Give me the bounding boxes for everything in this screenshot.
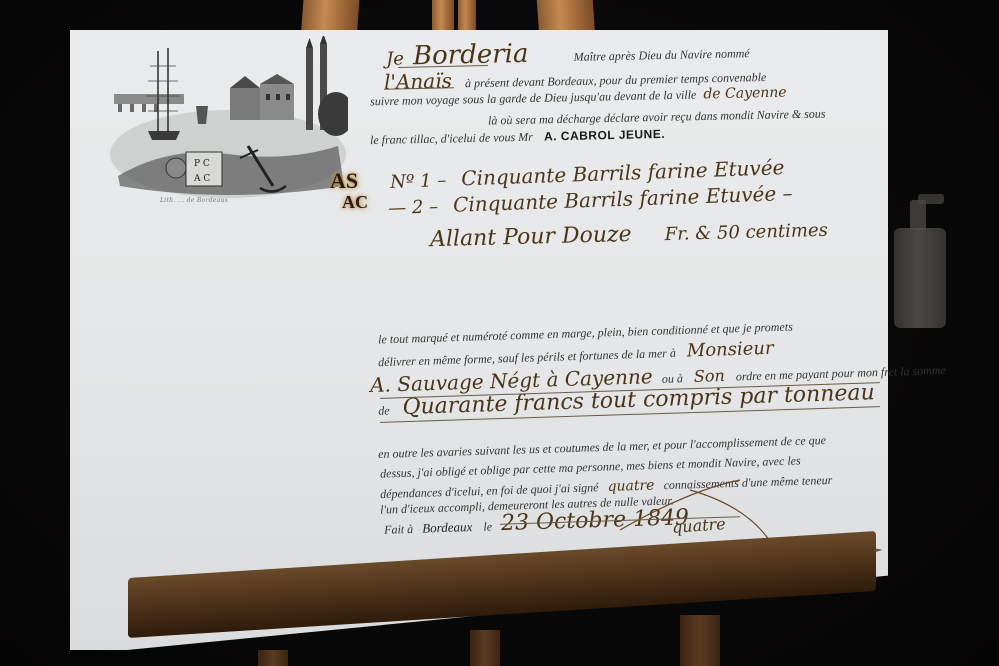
valuation-text: Allant Pour Douze: [430, 222, 632, 252]
cargo-item-1-number: Nº 1 –: [390, 170, 447, 193]
freight-prefix: de: [378, 403, 390, 417]
easel-foot-3: [258, 650, 288, 666]
svg-text:P C: P C: [194, 159, 210, 169]
consignee-order: Son: [694, 366, 725, 386]
consignee-mid: ou à: [662, 371, 683, 386]
margin-mark-as: AS: [330, 168, 358, 194]
valuation-amount: Fr. & 50 centimes: [664, 220, 828, 245]
harbor-engraving: P C A C: [108, 36, 348, 206]
date-prefix: le: [483, 519, 492, 533]
monsieur: Monsieur: [687, 338, 774, 362]
place: Bordeaux: [422, 519, 473, 536]
spray-bottle: [888, 180, 950, 330]
easel-foot-1: [470, 630, 500, 666]
shipper-name: A. CABROL JEUNE.: [544, 127, 665, 144]
cargo-item-2-number: — 2 –: [388, 196, 439, 219]
header-line-1-text: Maître après Dieu du Navire nommé: [573, 46, 749, 64]
destination: de Cayenne: [703, 85, 787, 103]
margin-mark-ac: AC: [342, 192, 368, 213]
engraving-caption: Lith. ... de Bordeaux: [160, 197, 228, 204]
svg-text:A C: A C: [193, 174, 210, 184]
port-scene-illustration: P C A C: [108, 36, 348, 206]
header-line-5-text: le franc tillac, d'icelui de vous Mr: [370, 130, 533, 147]
easel-foot-2: [680, 615, 720, 666]
place-prefix: Fait à: [384, 522, 413, 537]
